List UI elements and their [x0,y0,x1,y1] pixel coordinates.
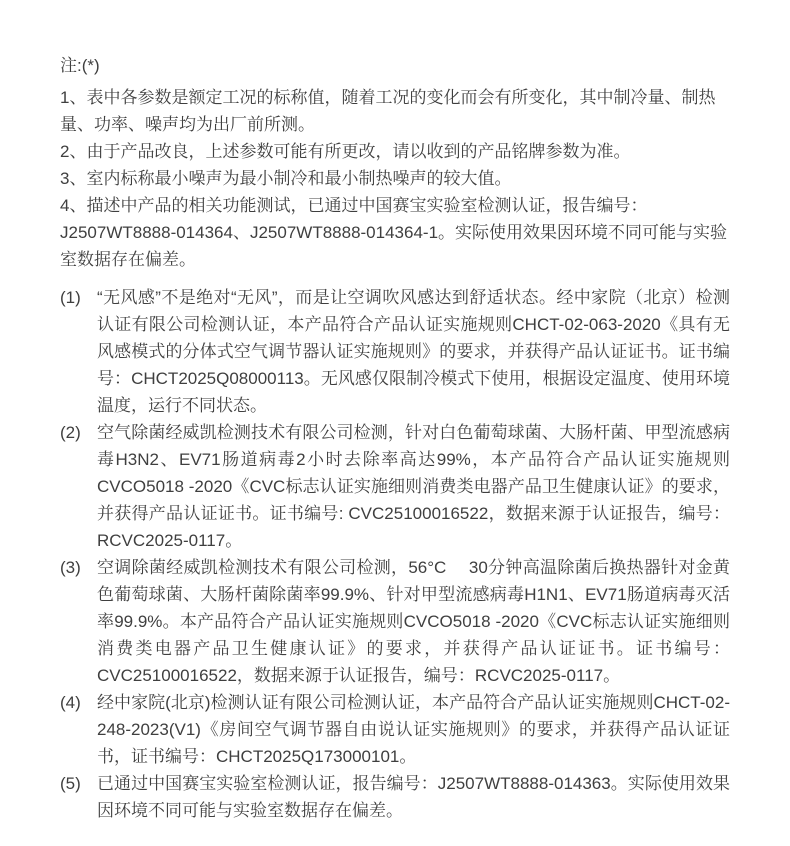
note-text: 已通过中国赛宝实验室检测认证，报告编号：J2507WT8888-014363。实… [97,770,730,824]
certification-note-2: (2) 空气除菌经威凯检测技术有限公司检测，针对白色葡萄球菌、大肠杆菌、甲型流感… [60,419,730,554]
note-marker: (4) [60,689,97,716]
certification-note-1: (1) “无风感”不是绝对“无风”，而是让空调吹风感达到舒适状态。经中家院（北京… [60,284,730,419]
note-marker: (3) [60,554,97,581]
certification-note-3: (3) 空调除菌经威凯检测技术有限公司检测，56°C 30分钟高温除菌后换热器针… [60,554,730,689]
note-marker: (5) [60,770,97,797]
certification-notes-list: (1) “无风感”不是绝对“无风”，而是让空调吹风感达到舒适状态。经中家院（北京… [60,284,730,824]
general-note-1: 1、表中各参数是额定工况的标称值，随着工况的变化而会有所变化，其中制冷量、制热量… [60,84,730,138]
note-marker: (2) [60,419,97,446]
note-text: “无风感”不是绝对“无风”，而是让空调吹风感达到舒适状态。经中家院（北京）检测认… [97,284,730,419]
general-notes-list: 1、表中各参数是额定工况的标称值，随着工况的变化而会有所变化，其中制冷量、制热量… [60,84,730,273]
notes-header-label: 注:(*) [60,52,730,79]
note-text: 空调除菌经威凯检测技术有限公司检测，56°C 30分钟高温除菌后换热器针对金黄色… [97,554,730,689]
general-note-4: 4、描述中产品的相关功能测试，已通过中国赛宝实验室检测认证，报告编号：J2507… [60,192,730,273]
general-note-3: 3、室内标称最小噪声为最小制冷和最小制热噪声的较大值。 [60,165,730,192]
product-notes-document: 注:(*) 1、表中各参数是额定工况的标称值，随着工况的变化而会有所变化，其中制… [0,0,790,846]
note-text: 空气除菌经威凯检测技术有限公司检测，针对白色葡萄球菌、大肠杆菌、甲型流感病毒H3… [97,419,730,554]
general-note-2: 2、由于产品改良，上述参数可能有所更改，请以收到的产品铭牌参数为准。 [60,138,730,165]
note-marker: (1) [60,284,97,311]
certification-note-4: (4) 经中家院(北京)检测认证有限公司检测认证，本产品符合产品认证实施规则CH… [60,689,730,770]
note-text: 经中家院(北京)检测认证有限公司检测认证，本产品符合产品认证实施规则CHCT-0… [97,689,730,770]
certification-note-5: (5) 已通过中国赛宝实验室检测认证，报告编号：J2507WT8888-0143… [60,770,730,824]
